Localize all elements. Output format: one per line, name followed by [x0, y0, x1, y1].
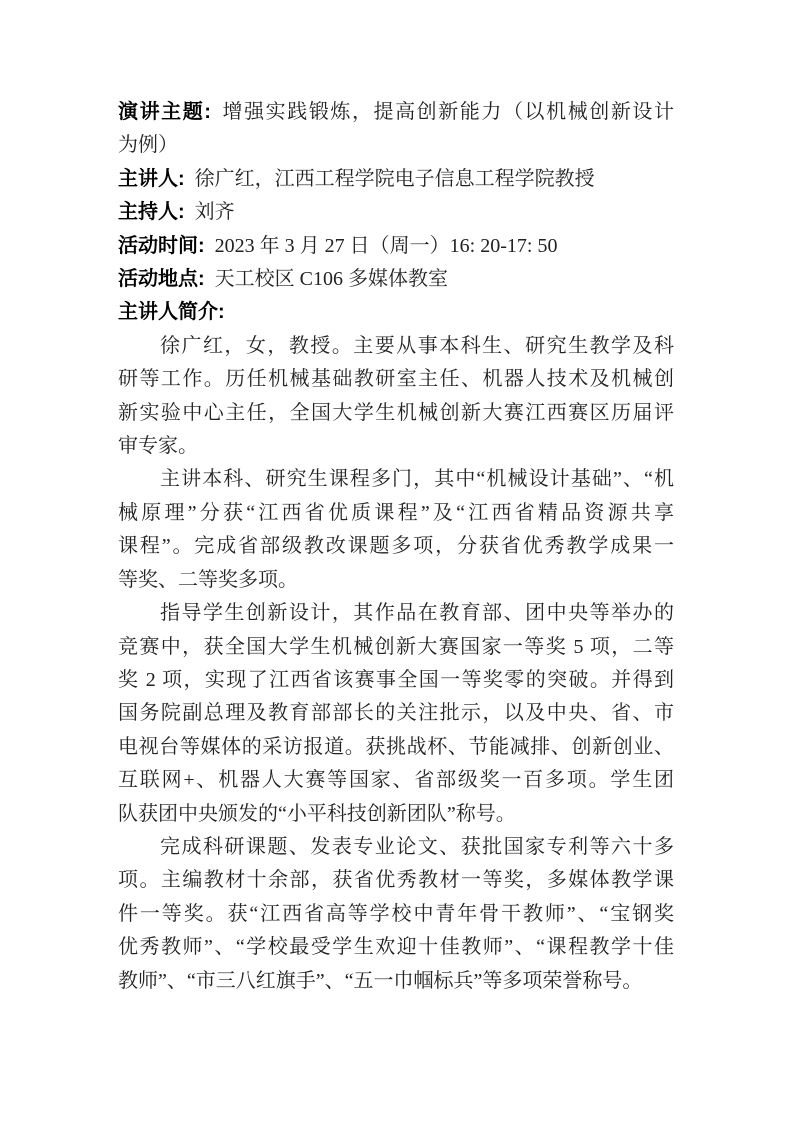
bio-line: 审专家。 — [118, 430, 674, 463]
meta-label: 活动时间: — [118, 235, 205, 257]
bio-line-text: 审专家。 — [118, 435, 198, 457]
meta-value: 为例） — [118, 134, 178, 156]
bio-line: 项。主编教材十余部，获省优秀教材一等奖，多媒体教学课 — [118, 864, 674, 897]
meta-label: 主持人: — [118, 201, 185, 223]
document-content: 演讲主题:增强实践锻炼，提高创新能力（以机械创新设计为例）主讲人:徐广红，江西工… — [118, 96, 674, 998]
bio-line-text: 研等工作。历任机械基础教研室主任、机器人技术及机械创 — [118, 368, 674, 390]
meta-value: 天工校区 C106 多媒体教室 — [215, 268, 448, 290]
meta-value: 增强实践锻炼，提高创新能力（以机械创新设计 — [221, 101, 674, 123]
bio-line-text: 械原理”分获“江西省优质课程”及“江西省精品资源共享 — [118, 502, 674, 524]
bio-paragraph: 完成科研课题、发表专业论文、获批国家专利等六十多项。主编教材十余部，获省优秀教材… — [118, 831, 674, 998]
bio-paragraph: 主讲本科、研究生课程多门，其中“机械设计基础”、“机械原理”分获“江西省优质课程… — [118, 463, 674, 597]
bio-line: 械原理”分获“江西省优质课程”及“江西省精品资源共享 — [118, 497, 674, 530]
bio-line-text: 等奖、二等奖多项。 — [118, 569, 298, 591]
bio-line: 新实验中心主任，全国大学生机械创新大赛江西赛区历届评 — [118, 397, 674, 430]
bio-paragraph: 指导学生创新设计，其作品在教育部、团中央等举办的竞赛中，获全国大学生机械创新大赛… — [118, 597, 674, 831]
bio-line-text: 新实验中心主任，全国大学生机械创新大赛江西赛区历届评 — [118, 402, 674, 424]
bio-line: 主讲本科、研究生课程多门，其中“机械设计基础”、“机 — [118, 463, 674, 496]
bio-line: 竞赛中，获全国大学生机械创新大赛国家一等奖 5 项，二等 — [118, 631, 674, 664]
bio-line: 队获团中央颁发的“小平科技创新团队”称号。 — [118, 798, 674, 831]
bio-line: 指导学生创新设计，其作品在教育部、团中央等举办的 — [118, 597, 674, 630]
meta-value: 2023 年 3 月 27 日（周一）16: 20-17: 50 — [215, 235, 558, 257]
meta-line: 为例） — [118, 129, 674, 162]
bio-line: 课程”。完成省部级教改课题多项，分获省优秀教学成果一 — [118, 530, 674, 563]
bio-line-text: 奖 2 项，实现了江西省该赛事全国一等奖零的突破。并得到 — [118, 669, 674, 691]
meta-line: 演讲主题:增强实践锻炼，提高创新能力（以机械创新设计 — [118, 96, 674, 129]
bio-line: 教师”、“市三八红旗手”、“五一巾帼标兵”等多项荣誉称号。 — [118, 965, 674, 998]
bio-section: 徐广红，女，教授。主要从事本科生、研究生教学及科研等工作。历任机械基础教研室主任… — [118, 330, 674, 998]
bio-line-text: 指导学生创新设计，其作品在教育部、团中央等举办的 — [160, 602, 674, 624]
bio-line: 国务院副总理及教育部部长的关注批示，以及中央、省、市 — [118, 697, 674, 730]
meta-line: 主讲人简介: — [118, 296, 674, 329]
bio-line-text: 竞赛中，获全国大学生机械创新大赛国家一等奖 5 项，二等 — [118, 636, 674, 658]
meta-label: 演讲主题: — [118, 101, 211, 123]
bio-paragraph: 徐广红，女，教授。主要从事本科生、研究生教学及科研等工作。历任机械基础教研室主任… — [118, 330, 674, 464]
bio-line-text: 件一等奖。获“江西省高等学校中青年骨干教师”、“宝钢奖 — [118, 903, 674, 925]
bio-line: 徐广红，女，教授。主要从事本科生、研究生教学及科 — [118, 330, 674, 363]
bio-line-text: 项。主编教材十余部，获省优秀教材一等奖，多媒体教学课 — [118, 869, 674, 891]
bio-line-text: 电视台等媒体的采访报道。获挑战杯、节能减排、创新创业、 — [118, 736, 674, 758]
bio-line-text: 主讲本科、研究生课程多门，其中“机械设计基础”、“机 — [160, 468, 674, 490]
bio-line: 等奖、二等奖多项。 — [118, 564, 674, 597]
bio-line-text: 队获团中央颁发的“小平科技创新团队”称号。 — [118, 803, 516, 825]
meta-label: 主讲人简介: — [118, 301, 225, 323]
bio-line: 互联网+、机器人大赛等国家、省部级奖一百多项。学生团 — [118, 764, 674, 797]
bio-line: 电视台等媒体的采访报道。获挑战杯、节能减排、创新创业、 — [118, 731, 674, 764]
meta-value: 徐广红，江西工程学院电子信息工程学院教授 — [195, 168, 595, 190]
bio-line-text: 国务院副总理及教育部部长的关注批示，以及中央、省、市 — [118, 702, 674, 724]
bio-line-text: 徐广红，女，教授。主要从事本科生、研究生教学及科 — [160, 335, 674, 357]
bio-line: 优秀教师”、“学校最受学生欢迎十佳教师”、“课程教学十佳 — [118, 931, 674, 964]
meta-label: 主讲人: — [118, 168, 185, 190]
bio-line-text: 课程”。完成省部级教改课题多项，分获省优秀教学成果一 — [118, 535, 674, 557]
bio-line-text: 完成科研课题、发表专业论文、获批国家专利等六十多 — [160, 836, 674, 858]
bio-line: 研等工作。历任机械基础教研室主任、机器人技术及机械创 — [118, 363, 674, 396]
meta-value: 刘齐 — [195, 201, 235, 223]
bio-line-text: 互联网+、机器人大赛等国家、省部级奖一百多项。学生团 — [118, 769, 674, 791]
document-page: 演讲主题:增强实践锻炼，提高创新能力（以机械创新设计为例）主讲人:徐广红，江西工… — [0, 0, 793, 1122]
meta-line: 主讲人:徐广红，江西工程学院电子信息工程学院教授 — [118, 163, 674, 196]
bio-line-text: 教师”、“市三八红旗手”、“五一巾帼标兵”等多项荣誉称号。 — [118, 970, 642, 992]
meta-line: 活动时间:2023 年 3 月 27 日（周一）16: 20-17: 50 — [118, 230, 674, 263]
bio-line: 完成科研课题、发表专业论文、获批国家专利等六十多 — [118, 831, 674, 864]
meta-line: 活动地点:天工校区 C106 多媒体教室 — [118, 263, 674, 296]
meta-section: 演讲主题:增强实践锻炼，提高创新能力（以机械创新设计为例）主讲人:徐广红，江西工… — [118, 96, 674, 330]
meta-line: 主持人:刘齐 — [118, 196, 674, 229]
bio-line: 奖 2 项，实现了江西省该赛事全国一等奖零的突破。并得到 — [118, 664, 674, 697]
bio-line-text: 优秀教师”、“学校最受学生欢迎十佳教师”、“课程教学十佳 — [118, 936, 674, 958]
bio-line: 件一等奖。获“江西省高等学校中青年骨干教师”、“宝钢奖 — [118, 898, 674, 931]
meta-label: 活动地点: — [118, 268, 205, 290]
